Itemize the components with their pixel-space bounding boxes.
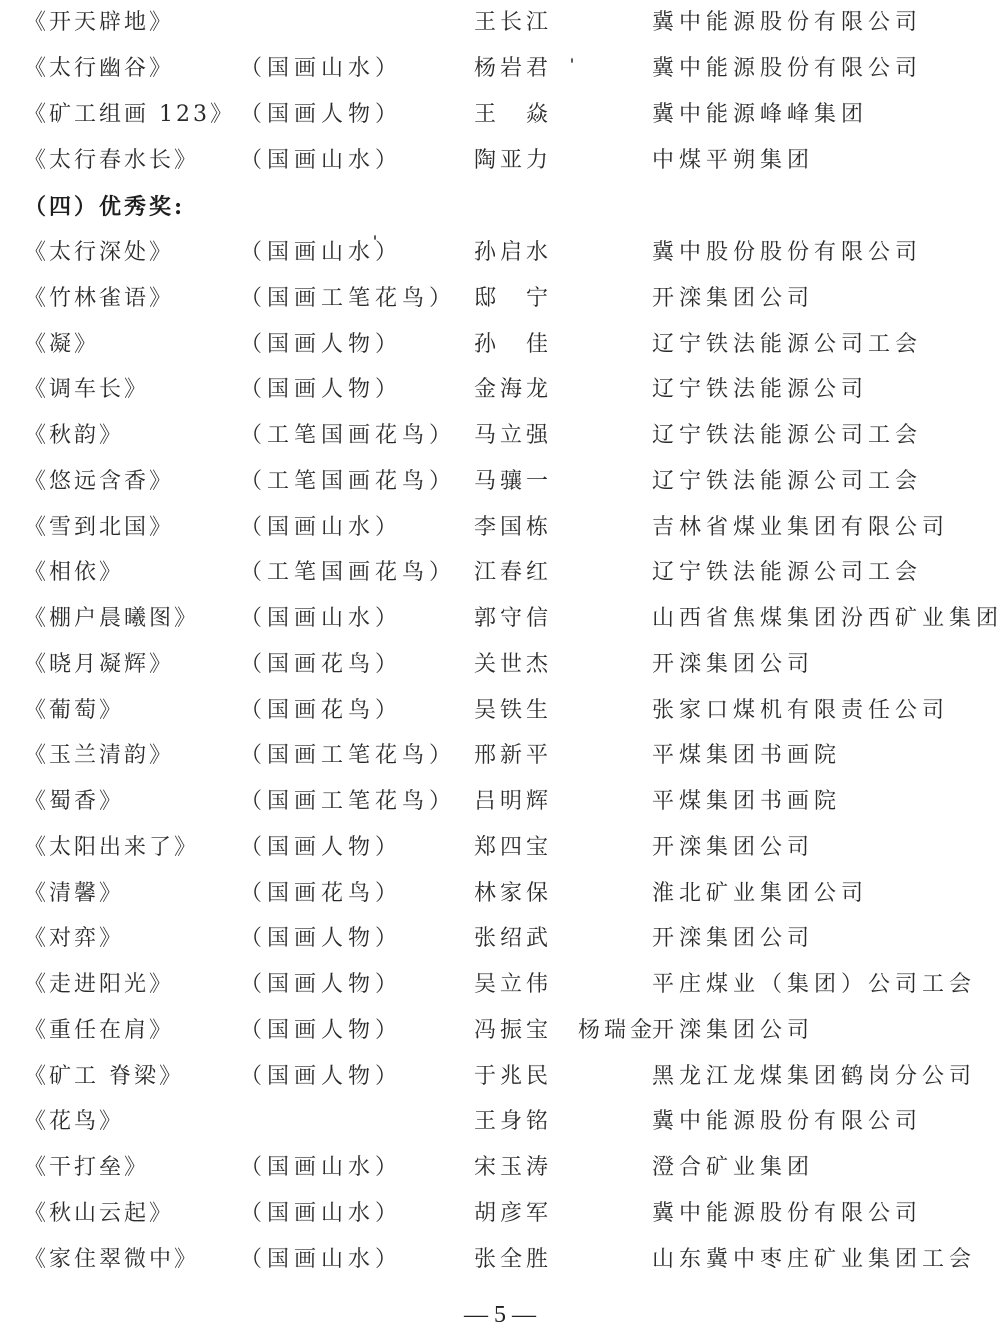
award-row: 《秋韵》（工笔国画花鸟）马立强辽宁铁法能源公司工会 xyxy=(0,413,1000,459)
artist-organization: 冀中能源股份有限公司 xyxy=(652,0,922,46)
artwork-title: 《玉兰清韵》 xyxy=(24,733,174,779)
artwork-title: 《花鸟》 xyxy=(24,1099,124,1145)
artist-name: 吴立伟 xyxy=(474,962,552,1008)
award-row: 《太阳出来了》（国画人物）郑四宝开滦集团公司 xyxy=(0,825,1000,871)
artist-name: 陶亚力 xyxy=(474,138,552,184)
artist-name: 杨岩君 xyxy=(474,46,552,92)
artist-name: 郭守信 xyxy=(474,596,552,642)
artwork-category: （国画工笔花鸟） xyxy=(240,733,456,779)
artwork-category: （国画山水） xyxy=(240,1145,402,1191)
artwork-category: （国画人物） xyxy=(240,322,402,368)
award-row: 《太行深处》（国画山水）孙启水冀中股份股份有限公司 xyxy=(0,230,1000,276)
artwork-title: 《清馨》 xyxy=(24,871,124,917)
award-row: 《太行幽谷》 （国画山水） 杨岩君 冀中能源股份有限公司 xyxy=(0,46,1000,92)
award-row: 《玉兰清韵》（国画工笔花鸟）邢新平平煤集团书画院 xyxy=(0,733,1000,779)
artist-organization: 开滦集团公司 xyxy=(652,642,814,688)
artist-organization: 平煤集团书画院 xyxy=(652,779,841,825)
award-row: 《矿工 脊梁》（国画人物）于兆民黑龙江龙煤集团鹤岗分公司 xyxy=(0,1054,1000,1100)
artist-organization: 山西省焦煤集团汾西矿业集团 xyxy=(652,596,1000,642)
artist-name: 邢新平 xyxy=(474,733,552,779)
artwork-title: 《竹林雀语》 xyxy=(24,276,174,322)
artist-name: 邸 宁 xyxy=(474,276,552,322)
award-row: 《雪到北国》（国画山水）李国栋吉林省煤业集团有限公司 xyxy=(0,505,1000,551)
artist-organization: 澄合矿业集团 xyxy=(652,1145,814,1191)
artwork-title: 《太行深处》 xyxy=(24,230,174,276)
artist-name: 张绍武 xyxy=(474,916,552,962)
scan-speck xyxy=(571,58,573,63)
artwork-title: 《蜀香》 xyxy=(24,779,124,825)
artist-organization: 辽宁铁法能源公司工会 xyxy=(652,550,922,596)
artist-organization: 中煤平朔集团 xyxy=(652,138,814,184)
award-row: 《对弈》（国画人物）张绍武开滦集团公司 xyxy=(0,916,1000,962)
artist-organization: 辽宁铁法能源公司工会 xyxy=(652,459,922,505)
artist-organization: 冀中能源股份有限公司 xyxy=(652,46,922,92)
award-row: 《矿工组画 123》 （国画人物） 王 焱 冀中能源峰峰集团 xyxy=(0,92,1000,138)
artwork-title: 《调车长》 xyxy=(24,367,149,413)
artwork-category: （工笔国画花鸟） xyxy=(240,459,456,505)
artist-name: 马骧一 xyxy=(474,459,552,505)
artist-organization: 冀中能源峰峰集团 xyxy=(652,92,868,138)
artist-name: 冯振宝 杨瑞金 xyxy=(474,1008,656,1054)
artist-organization: 开滦集团公司 xyxy=(652,1008,814,1054)
award-row: 《走进阳光》（国画人物）吴立伟平庄煤业（集团）公司工会 xyxy=(0,962,1000,1008)
artist-organization: 辽宁铁法能源公司 xyxy=(652,367,868,413)
artwork-title: 《太行春水长》 xyxy=(24,138,199,184)
artist-organization: 辽宁铁法能源公司工会 xyxy=(652,413,922,459)
artwork-category: （国画人物） xyxy=(240,1008,402,1054)
award-row: 《凝》（国画人物）孙 佳辽宁铁法能源公司工会 xyxy=(0,322,1000,368)
artwork-category: （国画人物） xyxy=(240,916,402,962)
artwork-category: （国画花鸟） xyxy=(240,688,402,734)
artwork-category: （国画人物） xyxy=(240,962,402,1008)
artwork-title: 《凝》 xyxy=(24,322,99,368)
artist-name: 金海龙 xyxy=(474,367,552,413)
artwork-title: 《晓月凝辉》 xyxy=(24,642,174,688)
artwork-category: （国画人物） xyxy=(240,825,402,871)
artwork-category: （国画山水） xyxy=(240,46,402,92)
artist-organization: 冀中能源股份有限公司 xyxy=(652,1099,922,1145)
artist-organization: 辽宁铁法能源公司工会 xyxy=(652,322,922,368)
artwork-title: 《对弈》 xyxy=(24,916,124,962)
award-row: 《蜀香》（国画工笔花鸟）吕明辉平煤集团书画院 xyxy=(0,779,1000,825)
artist-name: 孙 佳 xyxy=(474,322,552,368)
award-row: 《葡萄》（国画花鸟）吴铁生张家口煤机有限责任公司 xyxy=(0,688,1000,734)
artwork-title: 《矿工 脊梁》 xyxy=(24,1054,184,1100)
artwork-title: 《雪到北国》 xyxy=(24,505,174,551)
artist-organization: 淮北矿业集团公司 xyxy=(652,871,868,917)
artist-name: 王 焱 xyxy=(474,92,552,138)
artwork-category: （工笔国画花鸟） xyxy=(240,413,456,459)
artwork-category: （国画花鸟） xyxy=(240,642,402,688)
artwork-category: （国画工笔花鸟） xyxy=(240,779,456,825)
artwork-title: 《悠远含香》 xyxy=(24,459,174,505)
artwork-category: （国画山水） xyxy=(240,505,402,551)
artist-organization: 冀中股份股份有限公司 xyxy=(652,230,922,276)
artwork-category: （国画人物） xyxy=(240,367,402,413)
artist-organization: 开滦集团公司 xyxy=(652,825,814,871)
artwork-category: （国画人物） xyxy=(240,92,402,138)
artist-organization: 平庄煤业（集团）公司工会 xyxy=(652,962,976,1008)
artist-organization: 黑龙江龙煤集团鹤岗分公司 xyxy=(652,1054,976,1100)
artist-name: 宋玉涛 xyxy=(474,1145,552,1191)
award-row: 《棚户晨曦图》（国画山水）郭守信山西省焦煤集团汾西矿业集团 xyxy=(0,596,1000,642)
page-number: — 5 — xyxy=(0,1300,1000,1330)
artwork-category: （国画人物） xyxy=(240,1054,402,1100)
artwork-title: 《太行幽谷》 xyxy=(24,46,174,92)
artwork-title: 《棚户晨曦图》 xyxy=(24,596,199,642)
artwork-title: 《太阳出来了》 xyxy=(24,825,199,871)
artist-name: 吕明辉 xyxy=(474,779,552,825)
award-row: 《清馨》（国画花鸟）林家保淮北矿业集团公司 xyxy=(0,871,1000,917)
artwork-category: （国画山水） xyxy=(240,1237,402,1283)
artist-name: 王长江 xyxy=(474,0,552,46)
artwork-category: （国画山水） xyxy=(240,230,402,276)
artwork-title: 《秋山云起》 xyxy=(24,1191,174,1237)
artist-name: 林家保 xyxy=(474,871,552,917)
award-row: 《开天辟地》 王长江 冀中能源股份有限公司 xyxy=(0,0,1000,46)
artwork-title: 《矿工组画 123》 xyxy=(24,92,235,138)
artwork-title: 《开天辟地》 xyxy=(24,0,174,46)
award-row: 《干打垒》（国画山水）宋玉涛澄合矿业集团 xyxy=(0,1145,1000,1191)
artist-organization: 吉林省煤业集团有限公司 xyxy=(652,505,949,551)
artist-name: 江春红 xyxy=(474,550,552,596)
artwork-category: （国画山水） xyxy=(240,138,402,184)
artist-name: 孙启水 xyxy=(474,230,552,276)
artist-name: 张全胜 xyxy=(474,1237,552,1283)
award-row: 《秋山云起》（国画山水）胡彦军冀中能源股份有限公司 xyxy=(0,1191,1000,1237)
artist-name: 关世杰 xyxy=(474,642,552,688)
award-row: 《晓月凝辉》（国画花鸟）关世杰开滦集团公司 xyxy=(0,642,1000,688)
artwork-title: 《干打垒》 xyxy=(24,1145,149,1191)
award-row: 《悠远含香》（工笔国画花鸟）马骧一辽宁铁法能源公司工会 xyxy=(0,459,1000,505)
artwork-category: （国画花鸟） xyxy=(240,871,402,917)
artist-name: 于兆民 xyxy=(474,1054,552,1100)
artwork-category: （国画山水） xyxy=(240,596,402,642)
award-row: 《家住翠微中》（国画山水）张全胜山东冀中枣庄矿业集团工会 xyxy=(0,1237,1000,1283)
award-row: 《太行春水长》 （国画山水） 陶亚力 中煤平朔集团 xyxy=(0,138,1000,184)
artist-name: 吴铁生 xyxy=(474,688,552,734)
artist-organization: 冀中能源股份有限公司 xyxy=(652,1191,922,1237)
artist-name: 郑四宝 xyxy=(474,825,552,871)
artist-name: 李国栋 xyxy=(474,505,552,551)
artist-organization: 山东冀中枣庄矿业集团工会 xyxy=(652,1237,976,1283)
artist-name: 马立强 xyxy=(474,413,552,459)
scan-speck xyxy=(374,235,376,240)
artist-organization: 开滦集团公司 xyxy=(652,916,814,962)
artist-organization: 平煤集团书画院 xyxy=(652,733,841,779)
artwork-title: 《走进阳光》 xyxy=(24,962,174,1008)
award-row: 《调车长》（国画人物）金海龙辽宁铁法能源公司 xyxy=(0,367,1000,413)
artwork-title: 《家住翠微中》 xyxy=(24,1237,199,1283)
artwork-category: （国画山水） xyxy=(240,1191,402,1237)
artwork-title: 《相依》 xyxy=(24,550,124,596)
award-row: 《相依》（工笔国画花鸟）江春红辽宁铁法能源公司工会 xyxy=(0,550,1000,596)
artwork-category: （工笔国画花鸟） xyxy=(240,550,456,596)
artwork-title: 《秋韵》 xyxy=(24,413,124,459)
artist-organization: 张家口煤机有限责任公司 xyxy=(652,688,949,734)
artist-name: 王身铭 xyxy=(474,1099,552,1145)
artwork-title: 《重任在肩》 xyxy=(24,1008,174,1054)
artist-organization: 开滦集团公司 xyxy=(652,276,814,322)
award-row: 《花鸟》王身铭冀中能源股份有限公司 xyxy=(0,1099,1000,1145)
artwork-category: （国画工笔花鸟） xyxy=(240,276,456,322)
award-row: 《重任在肩》（国画人物）冯振宝 杨瑞金开滦集团公司 xyxy=(0,1008,1000,1054)
artist-name: 胡彦军 xyxy=(474,1191,552,1237)
document-page: 《开天辟地》 王长江 冀中能源股份有限公司 《太行幽谷》 （国画山水） 杨岩君 … xyxy=(0,0,1000,1340)
artwork-title: 《葡萄》 xyxy=(24,688,124,734)
award-row: 《竹林雀语》（国画工笔花鸟）邸 宁开滦集团公司 xyxy=(0,276,1000,322)
section-heading: （四）优秀奖: xyxy=(24,184,185,230)
